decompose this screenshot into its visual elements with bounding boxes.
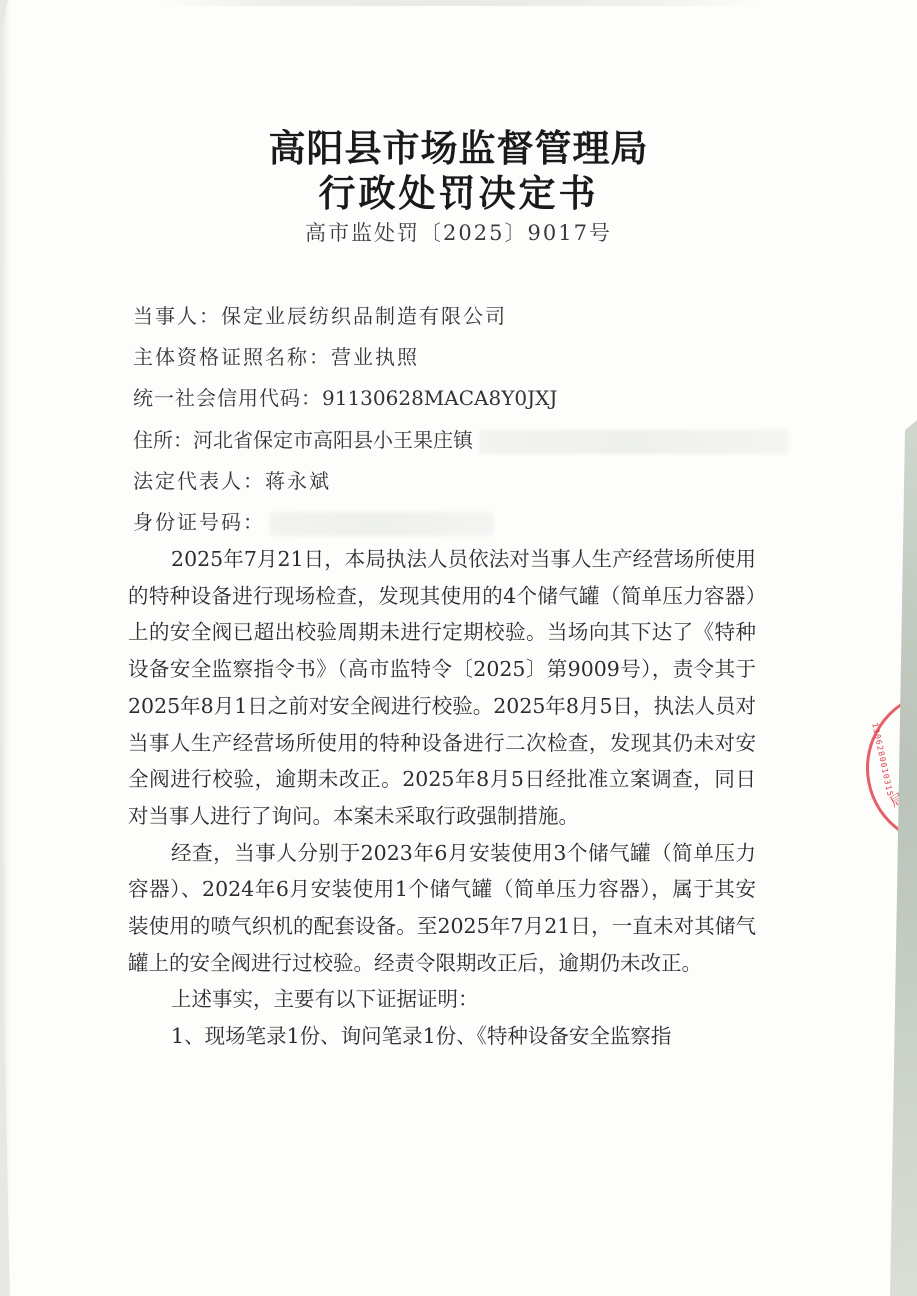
redacted-block [479,430,789,454]
field-value: 91130628MACA8Y0JXJ [322,386,557,410]
paragraph-inspection: 2025年7月21日，本局执法人员依法对当事人生产经营场所使用的特种设备进行现场… [128,541,756,835]
top-edge-residue [160,0,760,6]
document-body: 2025年7月21日，本局执法人员依法对当事人生产经营场所使用的特种设备进行现场… [128,541,756,1055]
document-title: 行政处罚决定书 [0,163,917,217]
field-license-name: 主体资格证照名称：营业执照 [133,341,419,370]
field-credit-code: 统一社会信用代码：91130628MACA8Y0JXJ [133,382,557,411]
field-label: 主体资格证照名称： [133,345,331,369]
field-party: 当事人：保定业辰纺织品制造有限公司 [133,300,507,329]
document-number: 高市监处罚〔2025〕9017号 [0,217,917,247]
field-label: 住所： [133,428,193,452]
paragraph-findings: 经查，当事人分别于2023年6月安装使用3个储气罐（简单压力容器）、2024年6… [128,835,756,982]
field-label: 身份证号码： [133,510,265,534]
field-legal-rep: 法定代表人：蒋永斌 [133,465,331,494]
field-address: 住所：河北省保定市高阳县小王果庄镇 [133,424,789,454]
field-value: 营业执照 [331,345,419,369]
paragraph-evidence-intro: 上述事实，主要有以下证据证明： [128,981,756,1018]
field-label: 统一社会信用代码： [133,386,322,410]
field-value: 河北省保定市高阳县小王果庄镇 [193,428,473,452]
field-value: 保定业辰纺织品制造有限公司 [221,304,507,328]
field-label: 法定代表人： [133,469,265,493]
field-label: 当事人： [133,304,221,328]
document-page: 高阳县市场监督管理局 行政处罚决定书 高市监处罚〔2025〕9017号 当事人：… [0,0,917,1296]
field-value: 蒋永斌 [265,469,331,493]
redacted-block [269,512,494,536]
paragraph-evidence-item-1: 1、现场笔录1份、询问笔录1份、《特种设备安全监察指 [128,1018,756,1055]
field-id-number: 身份证号码： [133,506,494,536]
